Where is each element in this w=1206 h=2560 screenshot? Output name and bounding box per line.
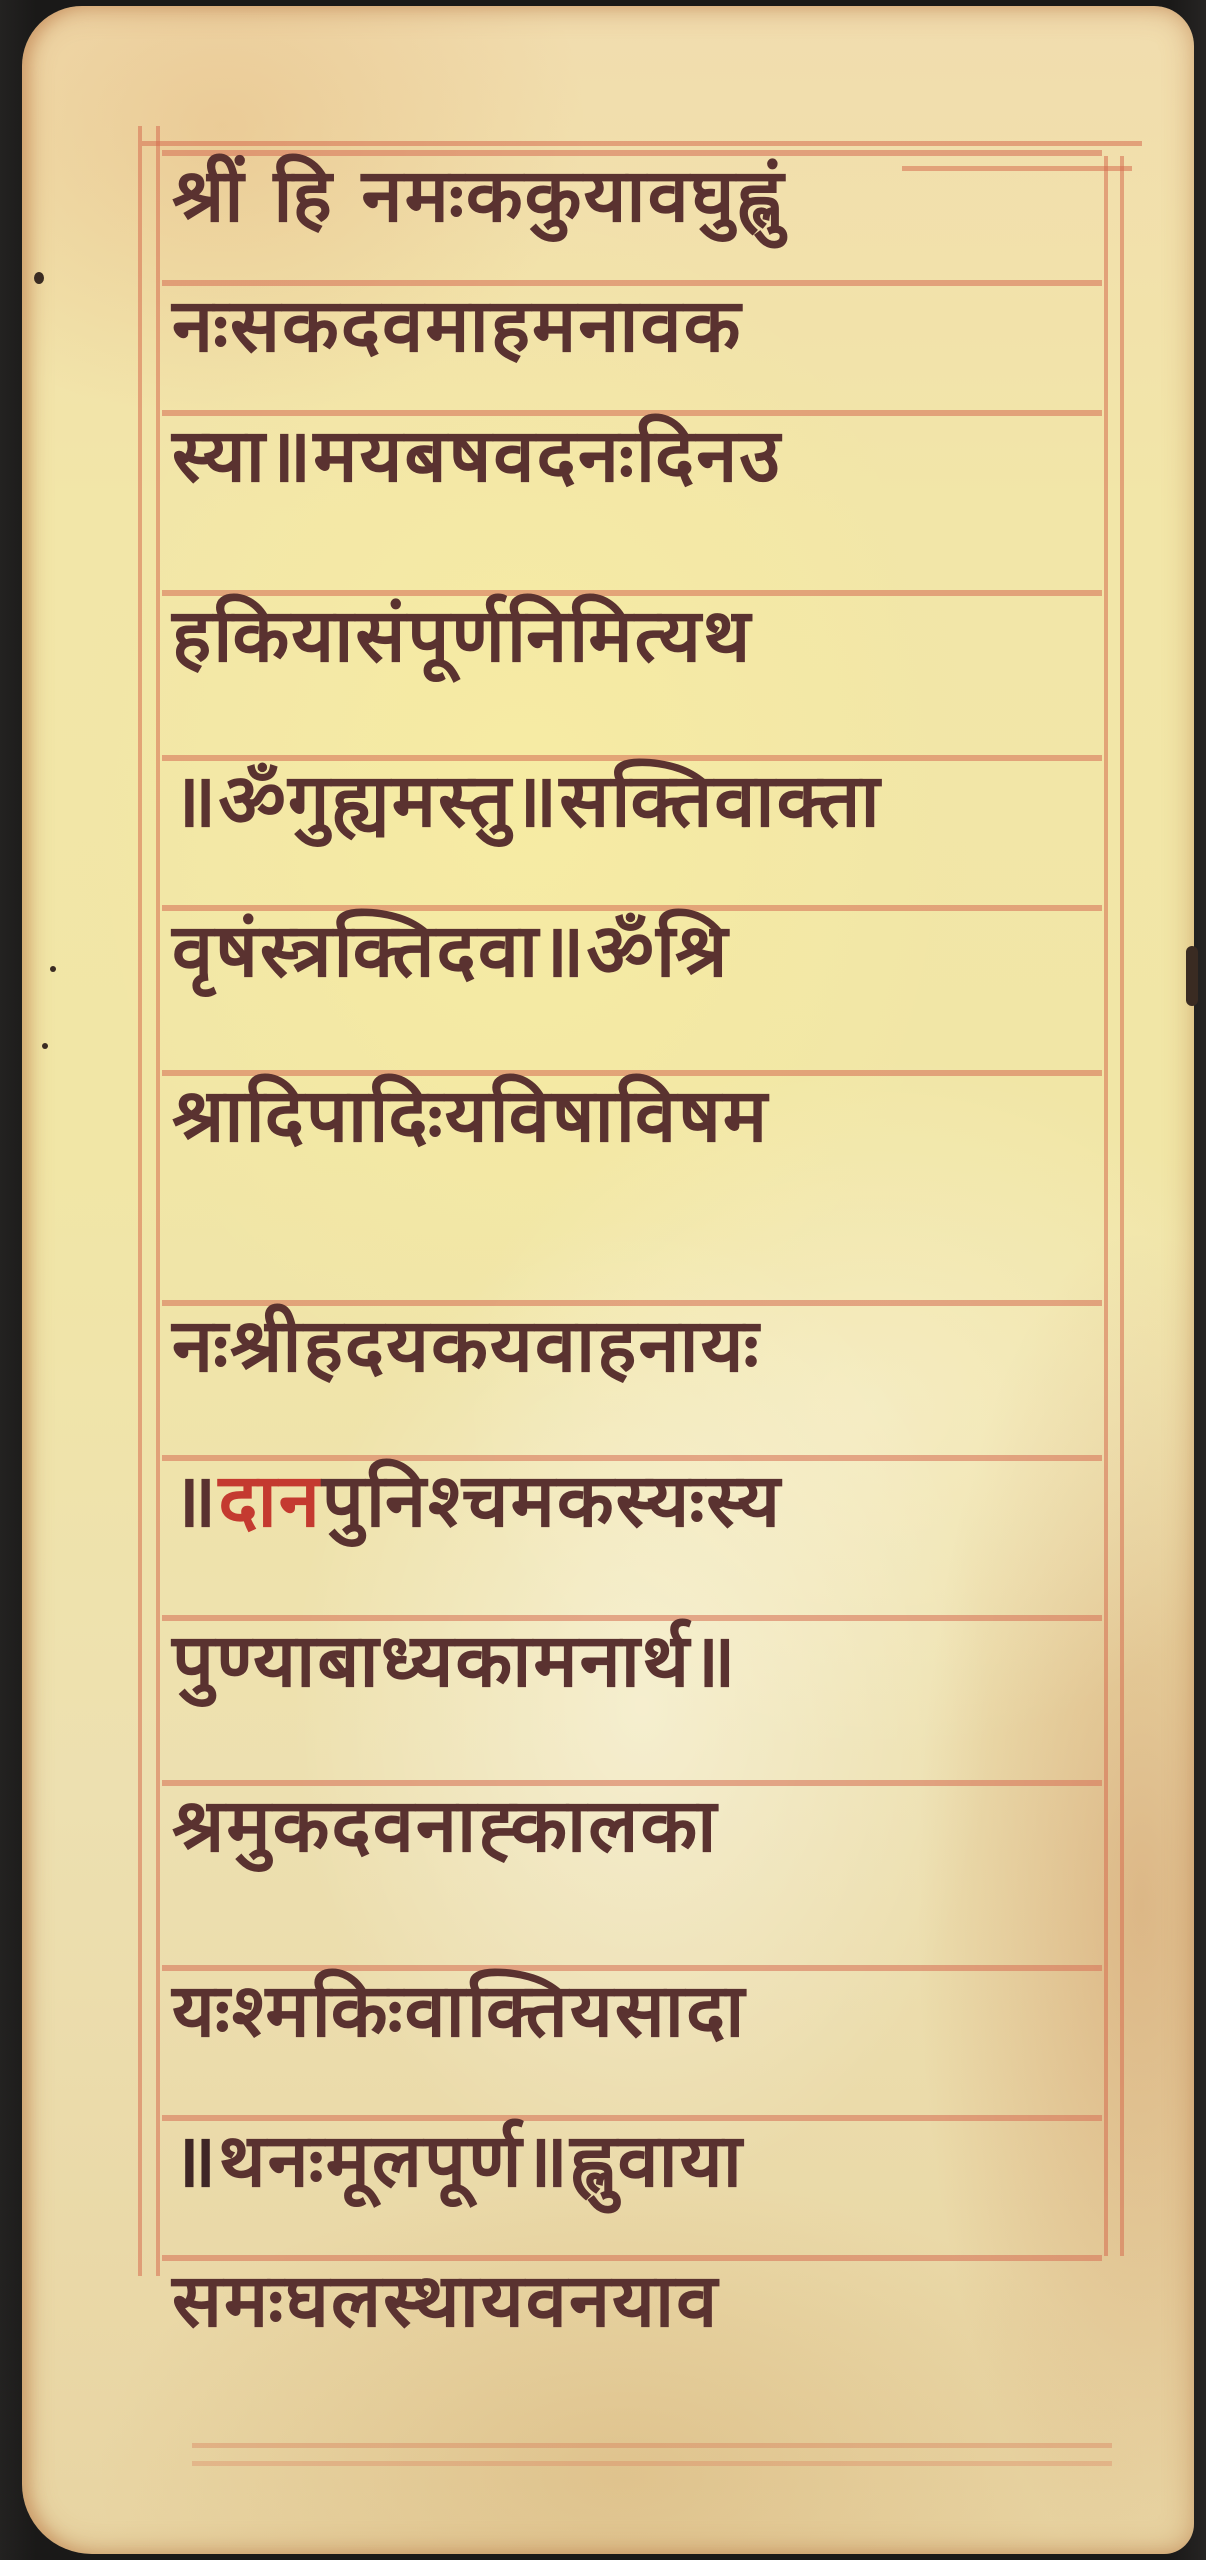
manuscript-folio: श्रीं हि नमःककुयावघुह्लुं नःसकदवमाहमनावक… bbox=[22, 6, 1194, 2554]
manuscript-line-7: श्रादिपादिःयविषाविषम bbox=[172, 1056, 1102, 1176]
line-text-rest: पुनिश्चमकस्यःस्य bbox=[322, 1458, 782, 1544]
line-text: श्रीं हि नमःककुयावघुह्लुं bbox=[172, 136, 784, 256]
danda-mark: ॥ bbox=[172, 2118, 218, 2204]
manuscript-line-12: यःश्मकिःवाक्तियसादा bbox=[172, 1951, 1102, 2071]
manuscript-line-13: ॥थनःमूलपूर्ण॥ह्लुवाया bbox=[172, 2101, 1102, 2221]
photo-scene: श्रीं हि नमःककुयावघुह्लुं नःसकदवमाहमनावक… bbox=[0, 0, 1206, 2560]
danda-mark: ॥ bbox=[172, 1458, 218, 1544]
rubric-word: दान bbox=[218, 1458, 322, 1544]
margin-rule-left-inner bbox=[156, 126, 160, 2276]
line-text: हकियासंपूर्णनिमित्यथ bbox=[172, 576, 752, 696]
line-text: पुण्याबाध्यकामनार्थ॥ bbox=[172, 1601, 738, 1721]
line-text: नःसकदवमाहमनावक bbox=[172, 266, 743, 386]
manuscript-line-3: स्या॥मयबषवदनःदिनउ bbox=[172, 396, 1102, 516]
manuscript-line-5: ॥ॐगुह्यमस्तु॥सक्तिवाक्ता bbox=[172, 741, 1102, 861]
line-text: श्रादिपादिःयविषाविषम bbox=[172, 1056, 769, 1176]
margin-rule-bottom bbox=[192, 2443, 1112, 2448]
line-text: ॥दानपुनिश्चमकस्यःस्य bbox=[172, 1441, 782, 1561]
line-text: समःघलस्थायवनयाव bbox=[172, 2241, 719, 2361]
ink-speck bbox=[50, 966, 56, 972]
ink-speck bbox=[1186, 946, 1198, 1006]
ink-speck bbox=[34, 272, 44, 284]
manuscript-line-2: नःसकदवमाहमनावक bbox=[172, 266, 1102, 386]
manuscript-line-8: नःश्रीहदयकयवाहनायः bbox=[172, 1286, 1102, 1406]
ink-speck bbox=[42, 1043, 48, 1049]
margin-rule-bottom-2 bbox=[192, 2461, 1112, 2466]
manuscript-line-9: ॥दानपुनिश्चमकस्यःस्य bbox=[172, 1441, 1102, 1561]
margin-rule-right-inner bbox=[1120, 156, 1124, 2256]
manuscript-line-14: समःघलस्थायवनयाव bbox=[172, 2241, 1102, 2361]
line-text: ॥थनःमूलपूर्ण॥ह्लुवाया bbox=[172, 2101, 744, 2221]
manuscript-line-6: वृषंस्त्रक्तिदवा॥ॐश्रि bbox=[172, 891, 1102, 1011]
line-text: स्या॥मयबषवदनःदिनउ bbox=[172, 396, 782, 516]
line-text: नःश्रीहदयकयवाहनायः bbox=[172, 1286, 761, 1406]
manuscript-line-1: श्रीं हि नमःककुयावघुह्लुं bbox=[172, 136, 1102, 256]
manuscript-line-4: हकियासंपूर्णनिमित्यथ bbox=[172, 576, 1102, 696]
margin-rule-right-outer bbox=[1104, 156, 1108, 2256]
manuscript-line-10: पुण्याबाध्यकामनार्थ॥ bbox=[172, 1601, 1102, 1721]
line-text: श्रमुकदवनाह्कालका bbox=[172, 1766, 718, 1886]
margin-rule-left-outer bbox=[138, 126, 142, 2276]
manuscript-line-11: श्रमुकदवनाह्कालका bbox=[172, 1766, 1102, 1886]
line-text: वृषंस्त्रक्तिदवा॥ॐश्रि bbox=[172, 891, 730, 1011]
line-text: ॥ॐगुह्यमस्तु॥सक्तिवाक्ता bbox=[172, 741, 882, 861]
line-text: यःश्मकिःवाक्तियसादा bbox=[172, 1951, 746, 2071]
line-text-rest: थनःमूलपूर्ण॥ह्लुवाया bbox=[218, 2118, 744, 2204]
